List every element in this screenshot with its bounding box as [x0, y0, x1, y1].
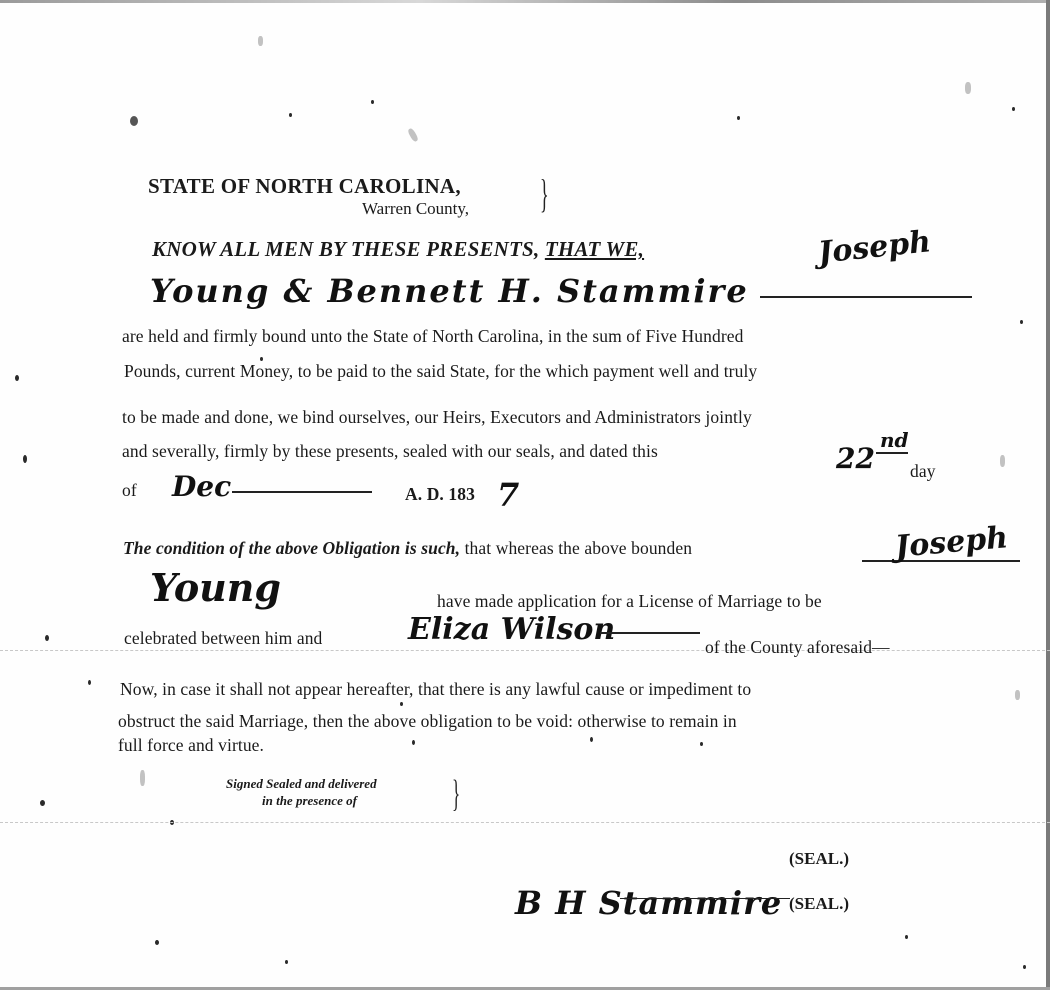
body-line-1: are held and firmly bound unto the State… [122, 326, 743, 347]
condition-rest: that whereas the above bounden [460, 538, 692, 558]
scan-speck [1023, 965, 1026, 969]
header-state: STATE OF NORTH CAROLINA, [148, 174, 461, 199]
seal-label-2: (SEAL.) [789, 894, 849, 914]
scan-speck [88, 680, 91, 685]
page-edge-top [0, 0, 1050, 3]
scan-speck [590, 737, 593, 742]
scan-speck [1012, 107, 1015, 111]
celebrated-text: celebrated between him and [124, 628, 322, 649]
handwritten-day: 22 [836, 442, 875, 475]
scan-speck [400, 702, 403, 706]
body-line-4: and severally, firmly by these presents,… [122, 441, 658, 462]
scan-speck [155, 940, 159, 945]
handwritten-obligors: Young & Bennett H. Stammire [150, 272, 749, 310]
header-county: Warren County, [362, 199, 469, 219]
application-text: have made application for a License of M… [437, 591, 822, 612]
condition-line-1: Now, in case it shall not appear hereaft… [120, 679, 751, 700]
preamble-that-we: THAT WE, [545, 237, 644, 261]
handwritten-year-digit: 7 [497, 476, 519, 514]
handwritten-bounden-last: Young [150, 565, 281, 610]
county-text: of the County aforesaid— [705, 637, 890, 658]
scan-smudge [965, 82, 971, 94]
scan-speck [130, 116, 138, 126]
preamble-printed: KNOW ALL MEN BY THESE PRESENTS, THAT WE, [152, 237, 644, 262]
handwritten-day-suffix: nd [880, 428, 909, 452]
preamble-main-text: KNOW ALL MEN BY THESE PRESENTS, [152, 237, 545, 261]
seal-label-1: (SEAL.) [789, 849, 849, 869]
scan-speck [45, 635, 49, 641]
handwritten-bride: Eliza Wilson [408, 612, 615, 647]
scan-speck [371, 100, 374, 104]
scan-speck [40, 800, 45, 806]
handwritten-underline [760, 296, 972, 298]
condition-line: The condition of the above Obligation is… [123, 538, 692, 559]
condition-line-3: full force and virtue. [118, 735, 264, 756]
scan-speck [737, 116, 740, 120]
scan-smudge [1000, 455, 1005, 467]
scan-speck [1020, 320, 1023, 324]
condition-line-2: obstruct the said Marriage, then the abo… [118, 711, 737, 732]
handwritten-month: Dec [172, 470, 231, 503]
handwritten-bounden-first: Joseph [894, 520, 1010, 565]
scan-smudge [407, 127, 419, 142]
scan-smudge [1015, 690, 1020, 700]
scan-speck [15, 375, 19, 381]
scan-speck [412, 740, 415, 745]
signed-sealed-label: Signed Sealed and delivered [226, 776, 377, 792]
header-brace: } [540, 170, 549, 217]
handwritten-signature: B H Stammire [515, 884, 782, 922]
scan-speck [289, 113, 292, 117]
year-label: A. D. 183 [405, 484, 475, 505]
handwritten-underline [232, 491, 372, 493]
scan-smudge [140, 770, 145, 786]
page-edge-right [1046, 0, 1050, 990]
scan-speck [23, 455, 27, 463]
scan-smudge [258, 36, 263, 46]
scan-speck [905, 935, 908, 939]
fold-line [0, 650, 1050, 651]
scan-speck [700, 742, 703, 746]
of-label: of [122, 480, 137, 501]
signature-stroke [620, 898, 790, 899]
body-line-3: to be made and done, we bind ourselves, … [122, 407, 752, 428]
day-label: day [910, 461, 936, 482]
condition-italic-lead: The condition of the above Obligation is… [123, 538, 460, 558]
body-line-2: Pounds, current Money, to be paid to the… [124, 361, 757, 382]
handwritten-underline [600, 632, 700, 634]
handwritten-name-joseph: Joseph [816, 224, 932, 271]
handwritten-underline [876, 452, 908, 454]
presence-label: in the presence of [262, 793, 357, 809]
scan-speck [285, 960, 288, 964]
scanned-document-page: STATE OF NORTH CAROLINA, Warren County, … [0, 0, 1050, 990]
witness-brace: } [452, 772, 460, 816]
fold-line [0, 822, 1050, 823]
